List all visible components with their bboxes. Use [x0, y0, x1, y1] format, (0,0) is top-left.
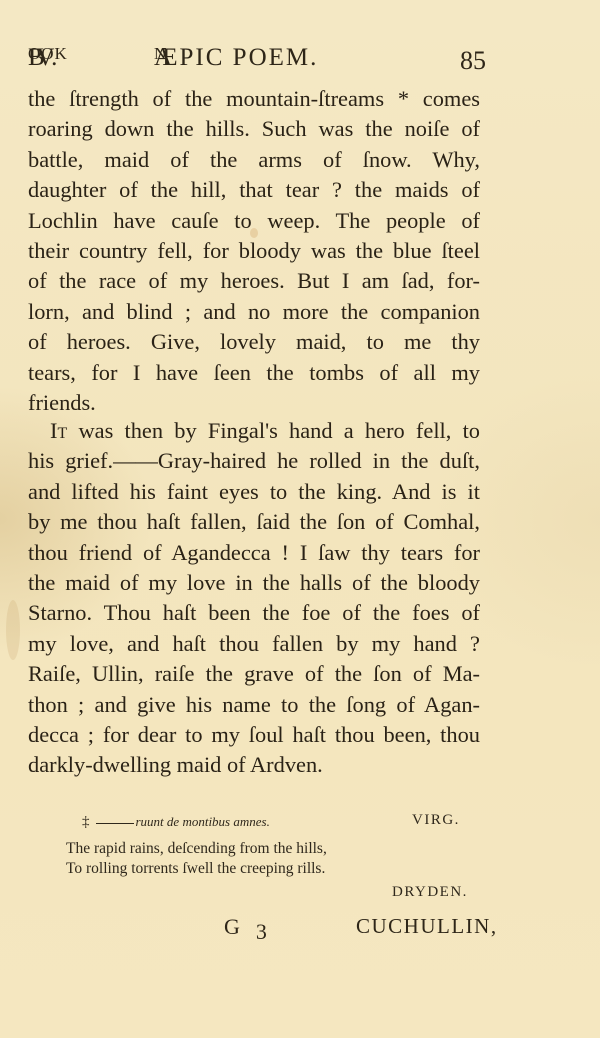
text-line: decca ; for dear to my ſoul haſt thou be…	[28, 720, 480, 750]
text-line: of heroes. Give, lovely maid, to me thy	[28, 327, 480, 357]
text-line: and lifted his faint eyes to the king. A…	[28, 477, 480, 507]
signature-number: 3	[256, 919, 267, 945]
text-line: battle, maid of the arms of ſnow. Why,	[28, 145, 480, 175]
text-line: roaring down the hills. Such was the noi…	[28, 114, 480, 144]
paragraph-2: IT was then by Fingal's hand a hero fell…	[28, 416, 480, 781]
footnote-translation-line: To rolling torrents ſwell the creeping r…	[66, 860, 325, 878]
text-line: daughter of the hill, that tear ? the ma…	[28, 175, 480, 205]
running-header: BOOK IV. AN EPIC POEM. 85	[28, 44, 488, 80]
text-line: darkly-dwelling maid of Ardven.	[28, 750, 480, 780]
footnote-translation-line: The rapid rains, deſcending from the hil…	[66, 840, 327, 858]
catchword: CUCHULLIN,	[356, 914, 498, 939]
paragraph-1: the ſtrength of the mountain-ſtreams * c…	[28, 84, 480, 418]
text-line: Raiſe, Ullin, raiſe the grave of the ſon…	[28, 659, 480, 689]
footnote-latin-source: VIRG.	[412, 812, 460, 829]
text-line: lorn, and blind ; and no more the compan…	[28, 297, 480, 327]
text-line: by me thou haſt fallen, ſaid the ſon of …	[28, 507, 480, 537]
text-line: the ſtrength of the mountain-ſtreams * c…	[28, 84, 480, 114]
page-number: 85	[460, 46, 486, 76]
lead-small-cap: T	[57, 425, 67, 442]
double-dagger-icon: ‡	[82, 814, 90, 830]
footnote-latin-quote: ‡ruunt de montibus amnes.	[82, 814, 270, 831]
text-line: friends.	[28, 388, 480, 418]
signature-mark: G3	[224, 914, 267, 940]
text-line: Lochlin have cauſe to weep. The people o…	[28, 206, 480, 236]
text-line: his grief.——Gray-haired he rolled in the…	[28, 446, 480, 476]
foxing-stain	[6, 600, 20, 660]
signature-letter: G	[224, 914, 240, 939]
latin-quote-text: ruunt de montibus amnes.	[136, 814, 270, 829]
text-line: their country fell, for bloody was the b…	[28, 236, 480, 266]
footnote-translation-source: DRYDEN.	[392, 884, 468, 901]
text-line-content: was then by Fingal's hand a hero fell, t…	[67, 418, 480, 443]
text-line: tears, for I have ſeen the tombs of all …	[28, 358, 480, 388]
text-line: the maid of my love in the halls of the …	[28, 568, 480, 598]
text-line: thou friend of Agandecca ! I ſaw thy tea…	[28, 538, 480, 568]
header-title: AN EPIC POEM.	[154, 44, 162, 72]
text-line: thon ; and give his name to the ſong of …	[28, 690, 480, 720]
text-line: my love, and haſt thou fallen by my hand…	[28, 629, 480, 659]
book-page: BOOK IV. AN EPIC POEM. 85 the ſtrength o…	[0, 0, 600, 1038]
text-line: IT was then by Fingal's hand a hero fell…	[28, 416, 480, 446]
text-line: Starno. Thou haſt been the foe of the fo…	[28, 598, 480, 628]
em-dash-rule	[96, 823, 134, 824]
text-line: of the race of my heroes. But I am ſad, …	[28, 266, 480, 296]
